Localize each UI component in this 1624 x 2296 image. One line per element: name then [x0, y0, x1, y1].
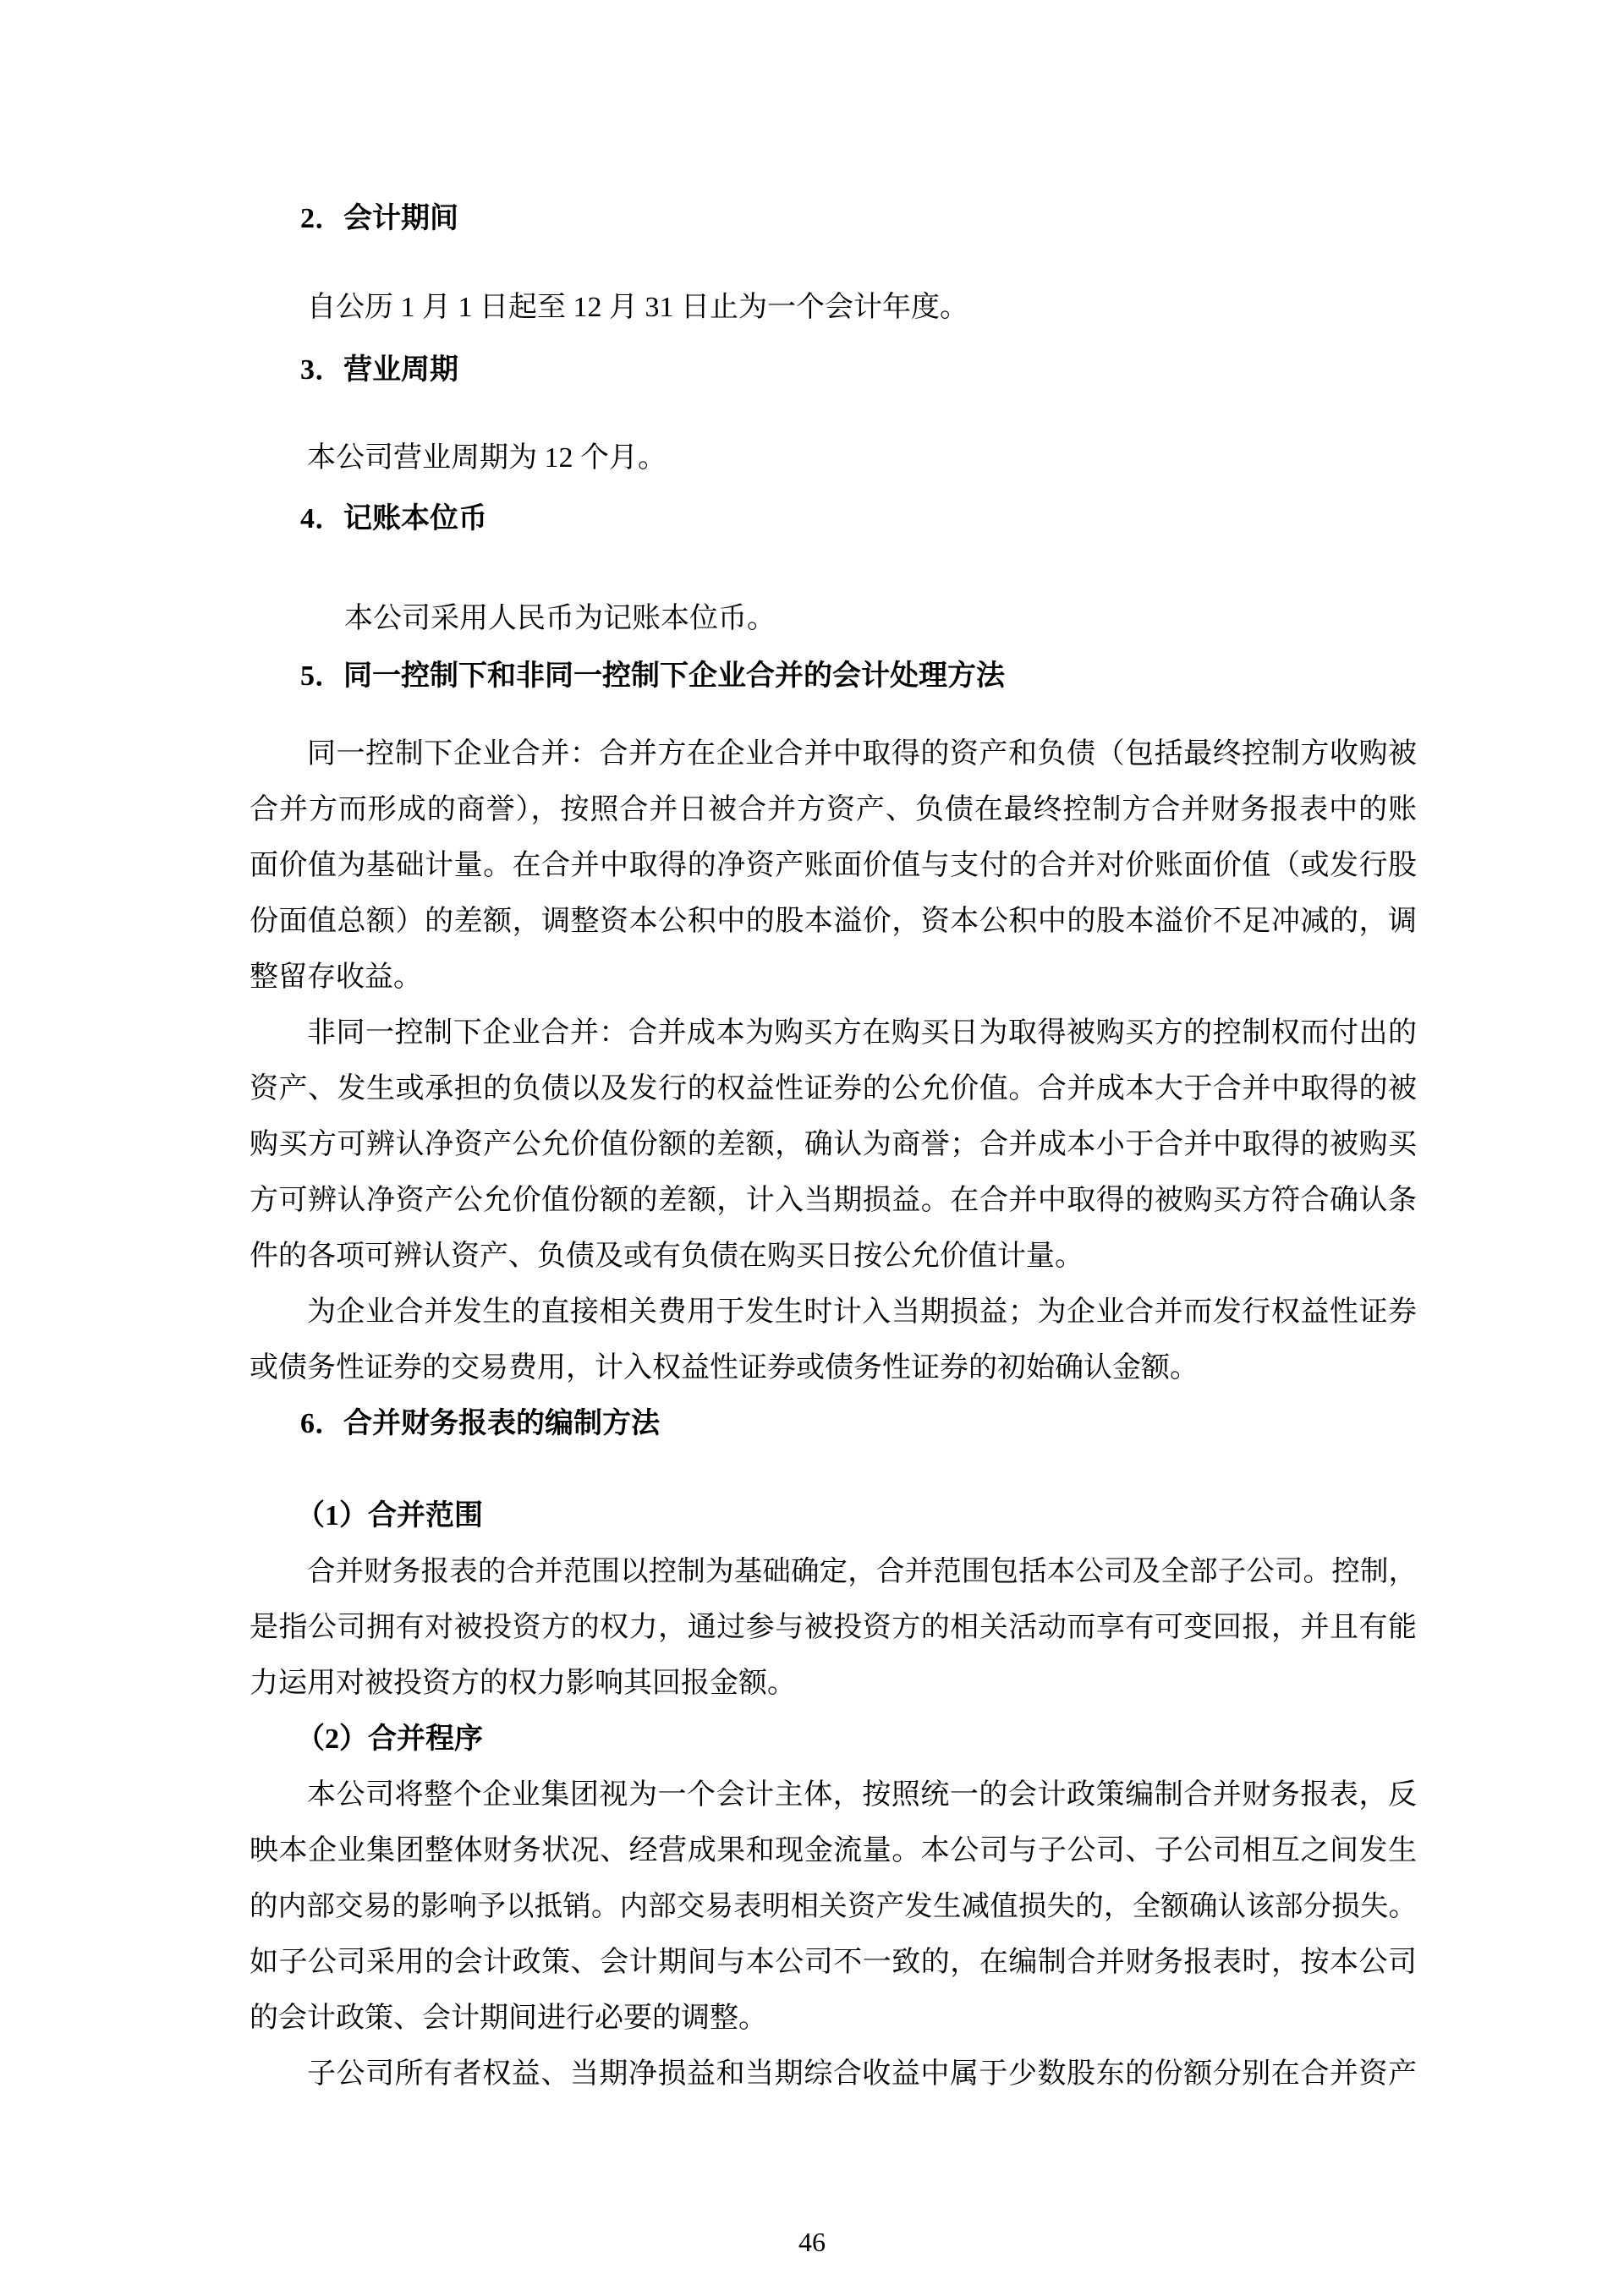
subheading-consolidation-scope: （1）合并范围 [250, 1488, 1417, 1544]
paragraph-line: 或债务性证券的交易费用，计入权益性证券或债务性证券的初始确认金额。 [250, 1340, 1417, 1396]
paragraph-line: 本公司将整个企业集团视为一个会计主体，按照统一的会计政策编制合并财务报表，反 [250, 1767, 1417, 1823]
paragraph-minority-interests: 子公司所有者权益、当期净损益和当期综合收益中属于少数股东的份额分别在合并资产 [250, 2047, 1417, 2102]
paragraph-line: 本公司采用人民币为记账本位币。 [250, 591, 1417, 647]
paragraph-line: 如子公司采用的会计政策、会计期间与本公司不一致的，在编制合并财务报表时，按本公司 [250, 1935, 1417, 1991]
paragraph-line: 合并财务报表的合并范围以控制为基础确定，合并范围包括本公司及全部子公司。控制， [250, 1544, 1417, 1600]
paragraph-line: 力运用对被投资方的权力影响其回报金额。 [250, 1656, 1417, 1712]
paragraph-line: 自公历 1 月 1 日起至 12 月 31 日止为一个会计年度。 [250, 280, 1417, 336]
paragraph-line: 件的各项可辨认资产、负债及或有负债在购买日按公允价值计量。 [250, 1229, 1417, 1285]
document-page: 2．会计期间 自公历 1 月 1 日起至 12 月 31 日止为一个会计年度。 … [0, 0, 1624, 2296]
paragraph-non-same-control: 非同一控制下企业合并：合并成本为购买方在购买日为取得被购买方的控制权而付出的 资… [250, 1006, 1417, 1285]
section-heading-consolidated-statements: 6．合并财务报表的编制方法 [250, 1396, 1417, 1452]
document-content: 2．会计期间 自公历 1 月 1 日起至 12 月 31 日止为一个会计年度。 … [250, 0, 1417, 2102]
paragraph-consolidation-procedure: 本公司将整个企业集团视为一个会计主体，按照统一的会计政策编制合并财务报表，反 映… [250, 1767, 1417, 2047]
paragraph-consolidation-scope: 合并财务报表的合并范围以控制为基础确定，合并范围包括本公司及全部子公司。控制， … [250, 1544, 1417, 1712]
page-number: 46 [798, 2227, 826, 2257]
paragraph-line: 面价值为基础计量。在合并中取得的净资产账面价值与支付的合并对价账面价值（或发行股 [250, 838, 1417, 894]
paragraph-line: 资产、发生或承担的负债以及发行的权益性证券的公允价值。合并成本大于合并中取得的被 [250, 1061, 1417, 1117]
section-heading-operating-cycle: 3．营业周期 [250, 342, 1417, 398]
paragraph-line: 映本企业集团整体财务状况、经营成果和现金流量。本公司与子公司、子公司相互之间发生 [250, 1823, 1417, 1879]
paragraph-combination-costs: 为企业合并发生的直接相关费用于发生时计入当期损益；为企业合并而发行权益性证券 或… [250, 1285, 1417, 1396]
paragraph-line: 整留存收益。 [250, 950, 1417, 1006]
section-heading-functional-currency: 4．记账本位币 [250, 491, 1417, 547]
paragraph-line: 同一控制下企业合并：合并方在企业合并中取得的资产和负债（包括最终控制方收购被 [250, 726, 1417, 782]
paragraph-line: 购买方可辨认净资产公允价值份额的差额，确认为商誉；合并成本小于合并中取得的被购买 [250, 1117, 1417, 1173]
paragraph-line: 为企业合并发生的直接相关费用于发生时计入当期损益；为企业合并而发行权益性证券 [250, 1285, 1417, 1340]
section-heading-accounting-period: 2．会计期间 [250, 191, 1417, 247]
page-footer: 46 [0, 2214, 1624, 2270]
section-heading-business-combinations: 5．同一控制下和非同一控制下企业合并的会计处理方法 [250, 649, 1417, 704]
paragraph-line: 合并方而形成的商誉），按照合并日被合并方资产、负债在最终控制方合并财务报表中的账 [250, 782, 1417, 838]
paragraph-line: 的会计政策、会计期间进行必要的调整。 [250, 1991, 1417, 2047]
paragraph-line: 本公司营业周期为 12 个月。 [250, 430, 1417, 486]
paragraph-line: 的内部交易的影响予以抵销。内部交易表明相关资产发生减值损失的，全额确认该部分损失… [250, 1879, 1417, 1935]
paragraph-line: 方可辨认净资产公允价值份额的差额，计入当期损益。在合并中取得的被购买方符合确认条 [250, 1173, 1417, 1229]
paragraph-same-control: 同一控制下企业合并：合并方在企业合并中取得的资产和负债（包括最终控制方收购被 合… [250, 726, 1417, 1006]
paragraph-line: 子公司所有者权益、当期净损益和当期综合收益中属于少数股东的份额分别在合并资产 [250, 2047, 1417, 2102]
paragraph-line: 非同一控制下企业合并：合并成本为购买方在购买日为取得被购买方的控制权而付出的 [250, 1006, 1417, 1061]
paragraph-line: 份面值总额）的差额，调整资本公积中的股本溢价，资本公积中的股本溢价不足冲减的，调 [250, 894, 1417, 950]
paragraph-line: 是指公司拥有对被投资方的权力，通过参与被投资方的相关活动而享有可变回报，并且有能 [250, 1600, 1417, 1656]
subheading-consolidation-procedure: （2）合并程序 [250, 1712, 1417, 1767]
